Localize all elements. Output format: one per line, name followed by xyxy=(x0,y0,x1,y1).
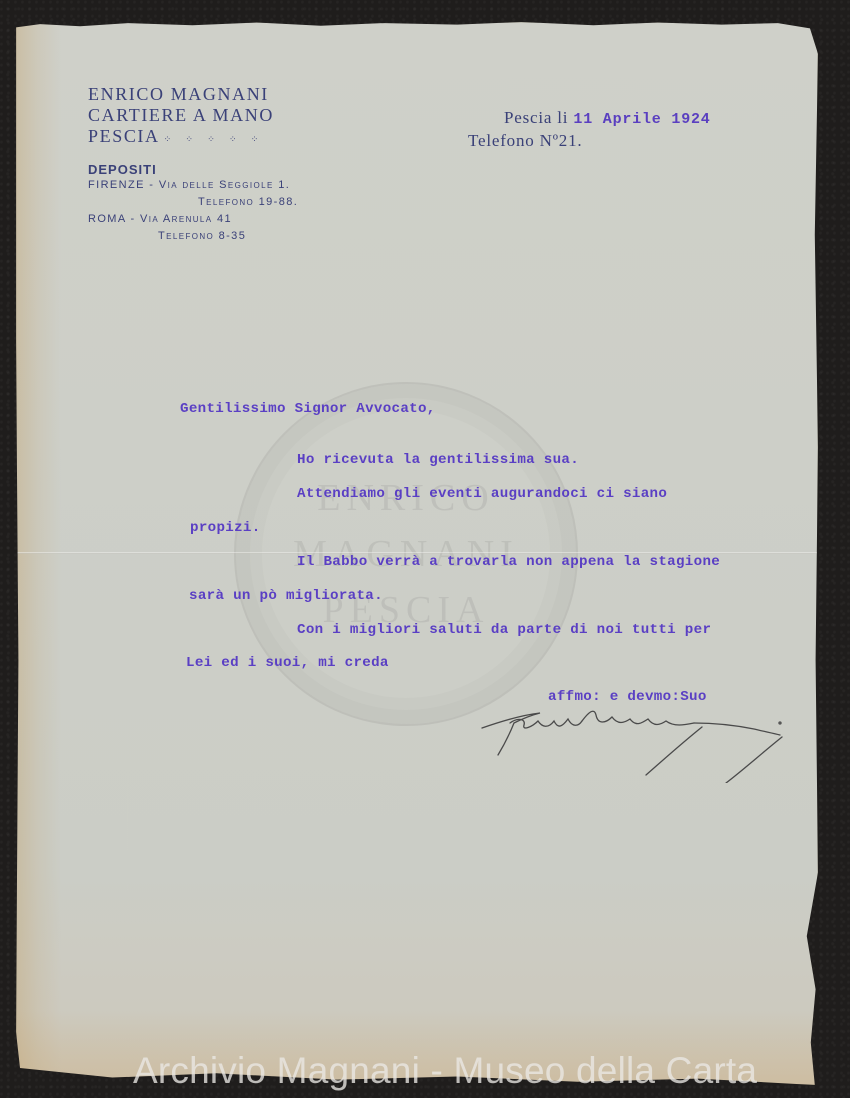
body-line: Con i migliori saluti da parte di noi tu… xyxy=(297,622,711,638)
depot-florence-phone: Telefono 19-88. xyxy=(88,194,298,211)
place-prefix: Pescia li xyxy=(504,108,568,127)
body-line: Lei ed i suoi, mi creda xyxy=(186,655,389,671)
depots-heading: DEPOSITI xyxy=(88,162,298,177)
body-line: sarà un pò migliorata. xyxy=(189,588,383,604)
body-line: Il Babbo verrà a trovarla non appena la … xyxy=(297,554,720,570)
typed-date: 11 Aprile 1924 xyxy=(573,111,710,128)
ornament-dots: ⁘ ⁘ ⁘ ⁘ ⁘ xyxy=(164,134,265,144)
handwritten-signature xyxy=(462,693,792,783)
body-line: Attendiamo gli eventi augurandoci ci sia… xyxy=(297,486,667,502)
depot-rome-phone: Telefono 8-35 xyxy=(88,228,298,245)
depot-florence-address: FIRENZE - Via delle Seggiole 1. xyxy=(88,177,298,194)
salutation: Gentilissimo Signor Avvocato, xyxy=(180,401,436,417)
depot-rome-address: ROMA - Via Arenula 41 xyxy=(88,211,298,228)
company-city: PESCIA⁘ ⁘ ⁘ ⁘ ⁘ xyxy=(88,126,298,150)
city-name: PESCIA xyxy=(88,126,160,146)
letterhead: ENRICO MAGNANI CARTIERE A MANO PESCIA⁘ ⁘… xyxy=(88,84,298,245)
dateline: Pescia li 11 Aprile 1924 Telefono Nº21. xyxy=(468,107,711,151)
place-date: Pescia li 11 Aprile 1924 xyxy=(468,107,711,130)
company-name: ENRICO MAGNANI xyxy=(88,84,298,105)
company-business: CARTIERE A MANO xyxy=(88,105,298,126)
telephone-number: Telefono Nº21. xyxy=(468,130,711,151)
body-line: Ho ricevuta la gentilissima sua. xyxy=(297,452,579,468)
archive-label: Archivio Magnani - Museo della Carta xyxy=(133,1050,757,1092)
body-line: propizi. xyxy=(190,520,261,536)
